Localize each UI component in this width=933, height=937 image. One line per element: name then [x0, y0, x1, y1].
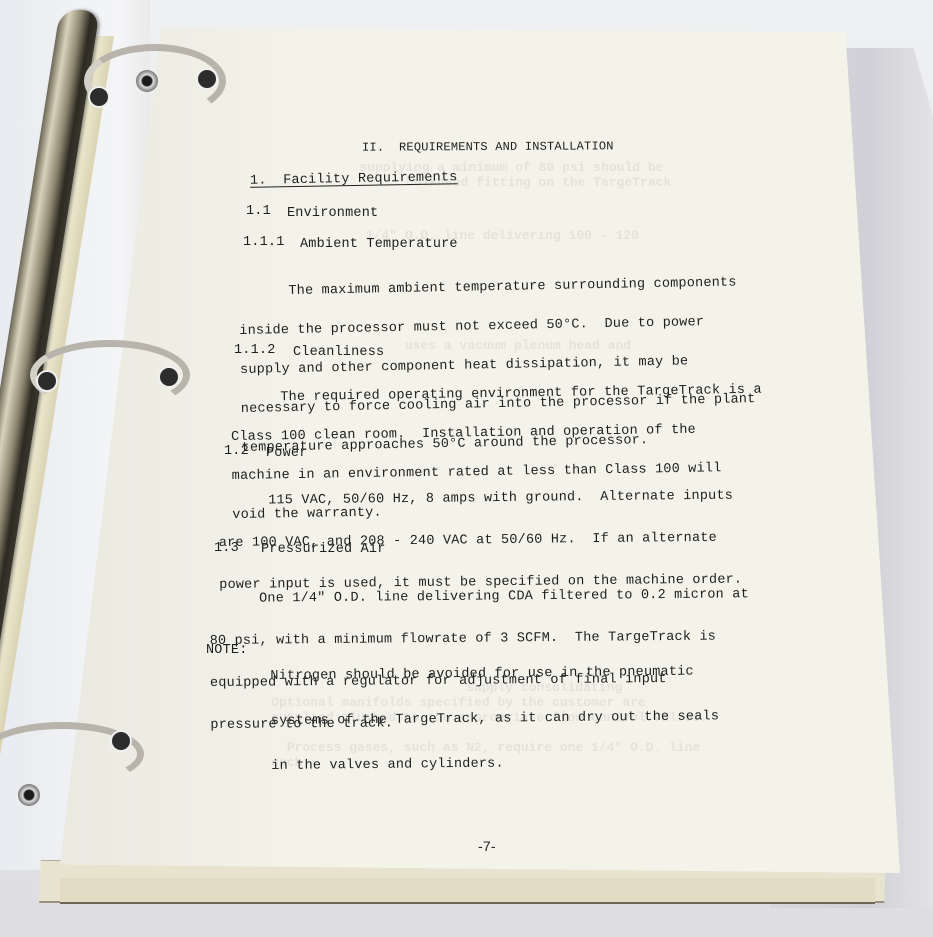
text-line: Class 100 clean room. Installation and o…: [231, 423, 762, 444]
page-number: -7-: [478, 838, 496, 854]
rivet-bottom: [18, 784, 40, 806]
subsection-title: Pressurized Air: [261, 542, 386, 557]
text-line: 115 VAC, 50/60 Hz, 8 amps with ground. A…: [218, 490, 741, 509]
text-line: in the valves and cylinders.: [271, 754, 719, 774]
text-line: Nitrogen should be avoided for use in th…: [270, 664, 718, 684]
chapter-title: II. REQUIREMENTS AND INSTALLATION: [362, 139, 614, 154]
note-label: NOTE:: [206, 643, 248, 658]
punch-hole: [198, 70, 216, 88]
page-stack-edge-lower: [60, 878, 875, 904]
subsection-number: 1.2: [224, 444, 249, 459]
subsection-number: 1.3: [214, 541, 239, 556]
subsection-title: Power: [266, 446, 308, 461]
subsection-title: Environment: [287, 206, 378, 221]
text-line: One 1/4" O.D. line delivering CDA filter…: [209, 588, 749, 607]
punch-hole: [38, 372, 56, 390]
subsection-title: Cleanliness: [293, 345, 384, 360]
subsection-number: 1.1.1: [243, 235, 285, 250]
rivet-top: [136, 70, 158, 92]
text-line: systems of the TargeTrack, as it can dry…: [271, 709, 719, 729]
text-line: The required operating environment for t…: [230, 384, 761, 405]
punch-hole: [90, 88, 108, 106]
subsection-number: 1.1.2: [234, 343, 276, 358]
punch-hole: [160, 368, 178, 386]
note-body: Nitrogen should be avoided for use in th…: [270, 634, 720, 804]
subsection-number: 1.1: [246, 204, 271, 219]
text-line: The maximum ambient temperature surround…: [238, 276, 753, 299]
text-line: inside the processor must not exceed 50°…: [239, 315, 754, 338]
subsection-title: Ambient Temperature: [300, 237, 458, 252]
punch-hole: [112, 732, 130, 750]
